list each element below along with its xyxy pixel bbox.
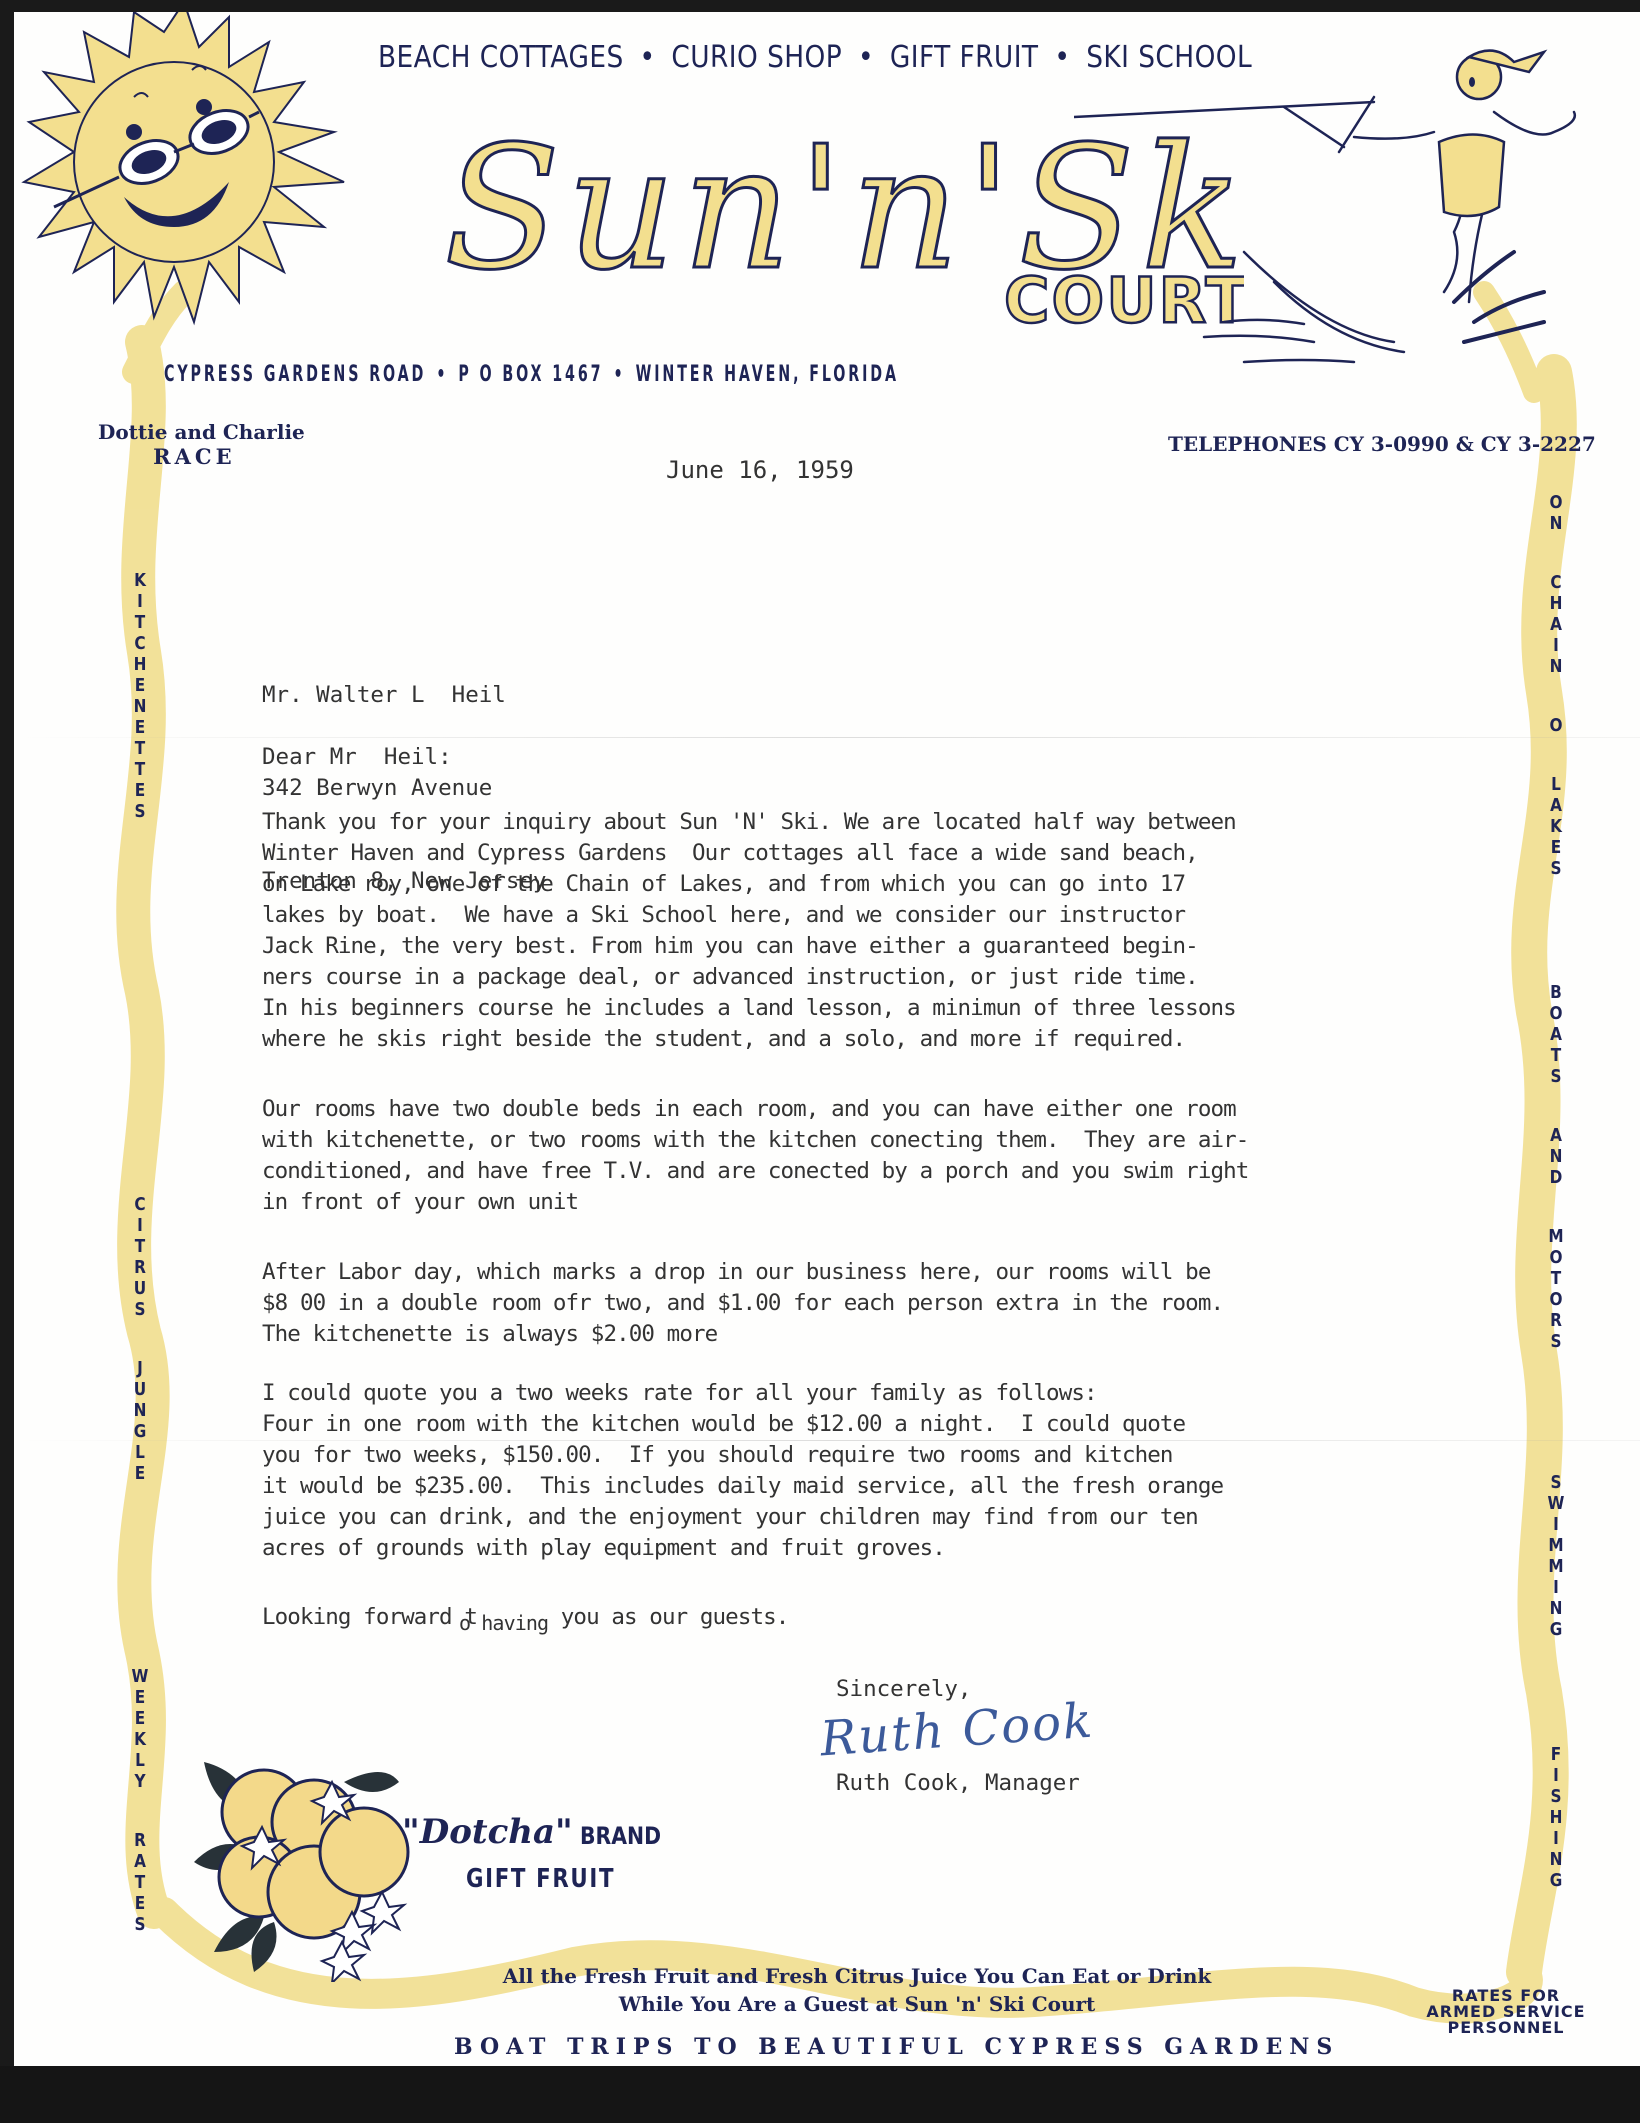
- dotcha-brand-name: "Dotcha": [402, 1812, 573, 1852]
- paper-fold: [14, 737, 1640, 738]
- side-word-fishing: FISHING: [1548, 1744, 1565, 1891]
- paragraph-two-week-quote: I could quote you a two weeks rate for a…: [262, 1378, 1223, 1564]
- address-city: WINTER HAVEN, FLORIDA: [636, 362, 899, 387]
- side-word-boats-and-motors: BOATS AND MOTORS: [1548, 982, 1565, 1352]
- footer-tagline-2: While You Are a Guest at Sun 'n' Ski Cou…: [14, 1992, 1640, 2016]
- letter-date: June 16, 1959: [666, 455, 854, 486]
- paragraph-closing: Looking forward to having you as our gue…: [262, 1602, 788, 1633]
- service-curio-shop: CURIO SHOP: [671, 40, 842, 75]
- footer-tagline-1: All the Fresh Fruit and Fresh Citrus Jui…: [14, 1964, 1640, 1988]
- service-gift-fruit: GIFT FRUIT: [890, 40, 1039, 75]
- recipient-name: Mr. Walter L Heil: [262, 680, 546, 711]
- side-word-swimming: SWIMMING: [1548, 1472, 1565, 1640]
- address-line: CYPRESS GARDENS ROAD•P O BOX 1467•WINTER…: [164, 362, 899, 387]
- side-word-kitchenettes: KITCHENETTES: [132, 570, 149, 822]
- recipient-street: 342 Berwyn Avenue: [262, 773, 546, 804]
- overtyped-correction: o having: [459, 1611, 548, 1635]
- address-po-box: P O BOX 1467: [458, 362, 603, 387]
- telephone-numbers: TELEPHONES CY 3-0990 & CY 3-2227: [1168, 432, 1596, 456]
- orange-blossom-icon: [184, 1742, 454, 1982]
- side-word-chain-o-lakes: ON CHAIN O LAKES: [1548, 492, 1565, 879]
- paragraph-off-season-rates: After Labor day, which marks a drop in o…: [262, 1257, 1223, 1350]
- sun-with-sunglasses-icon: [14, 12, 374, 342]
- paragraph-rooms: Our rooms have two double beds in each r…: [262, 1094, 1248, 1218]
- signer-name-title: Ruth Cook, Manager: [836, 1768, 1080, 1799]
- letter-page: BEACH COTTAGES•CURIO SHOP•GIFT FRUIT•SKI…: [14, 12, 1640, 2066]
- brand-label: BRAND: [580, 1822, 661, 1850]
- water-skier-icon: [1074, 32, 1634, 392]
- service-beach-cottages: BEACH COTTAGES: [378, 40, 624, 75]
- salutation: Dear Mr Heil:: [262, 742, 452, 773]
- owners-first-names: Dottie and Charlie: [98, 420, 305, 444]
- boat-trips-banner: BOAT TRIPS TO BEAUTIFUL CYPRESS GARDENS: [454, 2034, 1339, 2060]
- owners-block: Dottie and Charlie RACE: [98, 420, 305, 469]
- side-word-citrus-jungle: CITRUS JUNGLE: [132, 1042, 149, 1560]
- armed-service-rates: RATES FOR ARMED SERVICE PERSONNEL: [1406, 1988, 1606, 2036]
- scan-border: [0, 2066, 1640, 2123]
- owners-surname: RACE: [84, 444, 305, 469]
- gift-fruit-label: GIFT FRUIT: [466, 1864, 615, 1894]
- valediction: Sincerely,: [836, 1674, 971, 1705]
- side-word-weekly-rates: WEEKLY RATES: [132, 1514, 149, 2011]
- address-road: CYPRESS GARDENS ROAD: [164, 362, 426, 387]
- paragraph-location-ski-school: Thank you for your inquiry about Sun 'N'…: [262, 807, 1236, 1055]
